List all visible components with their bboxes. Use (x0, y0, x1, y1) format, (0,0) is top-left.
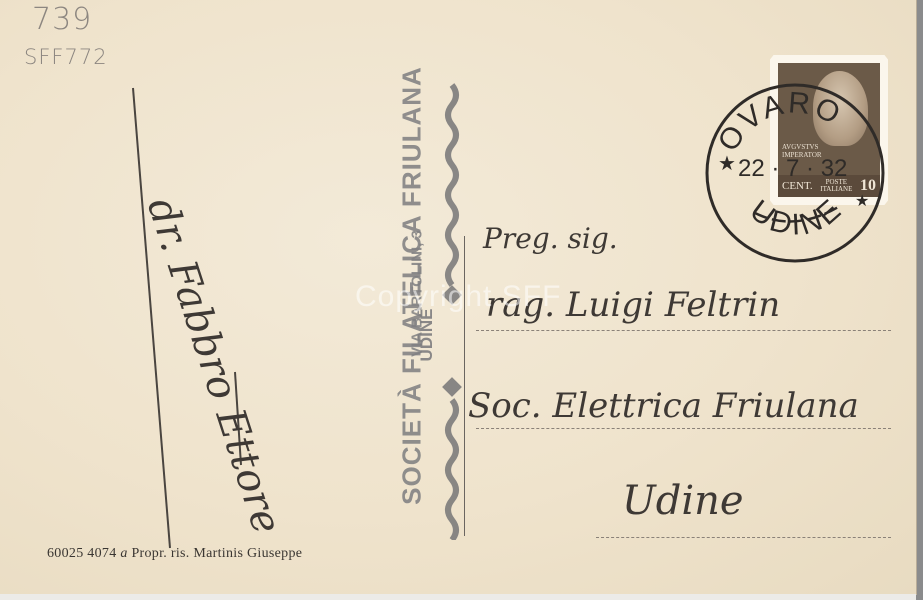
svg-text:★: ★ (718, 153, 736, 175)
address-rule-1 (476, 330, 891, 331)
postcard: 739 SFF772 dr. Fabbro Ettore SOCIETÀ FIL… (0, 0, 917, 595)
address-line-1: Preg. sig. (483, 222, 618, 255)
address-rule-2 (476, 428, 891, 429)
postmark-town: OVARO (712, 86, 848, 157)
publisher-text: Propr. ris. Martinis Giuseppe (131, 546, 302, 561)
publisher-line: 60025 4074 a Propr. ris. Martinis Giusep… (47, 546, 302, 562)
publisher-suffix: a (120, 546, 127, 561)
address-rule-3 (596, 537, 891, 538)
address-line-4: Udine (622, 478, 744, 524)
postmark-province: UDINE (744, 192, 849, 243)
publisher-code: 60025 4074 (47, 546, 117, 561)
address-line-3: Soc. Elettrica Friulana (468, 386, 859, 426)
postmark: OVARO UDINE ★ ★ 22 · 7 · 32 (700, 78, 890, 268)
scan-border (0, 594, 916, 600)
copyright-watermark: Copyright SFF (355, 280, 561, 314)
svg-text:★: ★ (855, 193, 869, 210)
svg-text:22 · 7 · 32: 22 · 7 · 32 (738, 155, 847, 182)
